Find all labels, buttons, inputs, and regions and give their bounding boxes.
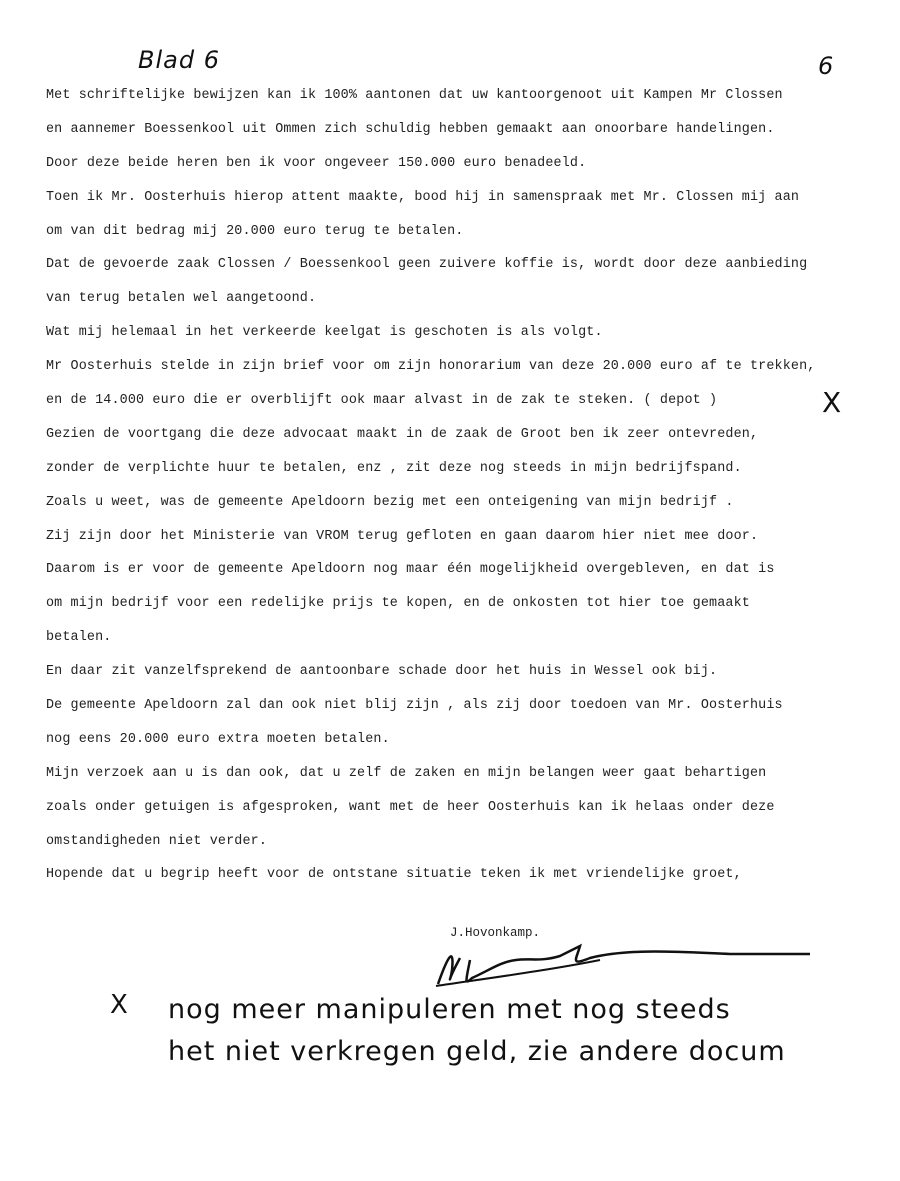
letter-line: Zij zijn door het Ministerie van VROM te…	[46, 527, 886, 561]
letter-body: Met schriftelijke bewijzen kan ik 100% a…	[46, 86, 886, 899]
signature-name: J.Hovonkamp.	[450, 926, 540, 940]
note-x-mark: X	[110, 990, 128, 1020]
letter-line: nog eens 20.000 euro extra moeten betale…	[46, 730, 886, 764]
letter-line: van terug betalen wel aangetoond.	[46, 289, 886, 323]
letter-line: Zoals u weet, was de gemeente Apeldoorn …	[46, 493, 886, 527]
letter-line: En daar zit vanzelfsprekend de aantoonba…	[46, 662, 886, 696]
letter-line: Daarom is er voor de gemeente Apeldoorn …	[46, 560, 886, 594]
letter-line: Met schriftelijke bewijzen kan ik 100% a…	[46, 86, 886, 120]
margin-x-mark: X	[822, 386, 841, 419]
handwritten-note-line: nog meer manipuleren met nog steeds	[168, 994, 731, 1025]
letter-line: Mijn verzoek aan u is dan ook, dat u zel…	[46, 764, 886, 798]
letter-line: Dat de gevoerde zaak Clossen / Boessenko…	[46, 255, 886, 289]
letter-line: zoals onder getuigen is afgesproken, wan…	[46, 798, 886, 832]
page-number-handwritten: 6	[818, 52, 833, 80]
letter-line: Toen ik Mr. Oosterhuis hierop attent maa…	[46, 188, 886, 222]
letter-line: zonder de verplichte huur te betalen, en…	[46, 459, 886, 493]
letter-line: De gemeente Apeldoorn zal dan ook niet b…	[46, 696, 886, 730]
letter-line: betalen.	[46, 628, 886, 662]
scanned-letter-page: Blad 6 6 Met schriftelijke bewijzen kan …	[0, 0, 900, 1181]
letter-line: omstandigheden niet verder.	[46, 832, 886, 866]
handwritten-signature	[430, 940, 830, 990]
letter-line: Gezien de voortgang die deze advocaat ma…	[46, 425, 886, 459]
handwritten-note-line: het niet verkregen geld, zie andere docu…	[168, 1036, 786, 1067]
letter-line: Door deze beide heren ben ik voor ongeve…	[46, 154, 886, 188]
letter-line: en de 14.000 euro die er overblijft ook …	[46, 391, 886, 425]
letter-line: Wat mij helemaal in het verkeerde keelga…	[46, 323, 886, 357]
sheet-label-handwritten: Blad 6	[138, 46, 220, 74]
letter-line: om van dit bedrag mij 20.000 euro terug …	[46, 222, 886, 256]
letter-line: Mr Oosterhuis stelde in zijn brief voor …	[46, 357, 886, 391]
letter-line: Hopende dat u begrip heeft voor de ontst…	[46, 865, 886, 899]
letter-line: om mijn bedrijf voor een redelijke prijs…	[46, 594, 886, 628]
letter-line: en aannemer Boessenkool uit Ommen zich s…	[46, 120, 886, 154]
